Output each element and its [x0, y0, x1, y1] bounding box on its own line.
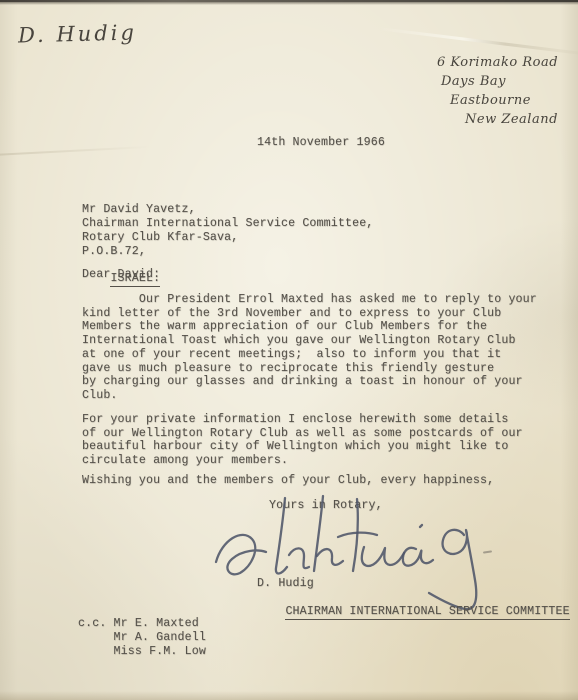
- letterhead-address-line: Days Bay: [441, 74, 558, 93]
- recipient-line: Rotary Club Kfar-Sava,: [82, 231, 373, 245]
- paper-top-edge-line: [0, 0, 578, 2]
- letterhead-address-line: Eastbourne: [450, 93, 558, 112]
- cc-line: Mr A. Gandell: [78, 631, 206, 645]
- signed-title: CHAIRMAN INTERNATIONAL SERVICE COMMITTEE: [257, 591, 570, 634]
- scanned-letter-page: D. Hudig 6 Korimako RoadDays BayEastbour…: [0, 0, 578, 700]
- body-paragraph-1: Our President Errol Maxted has asked me …: [82, 293, 537, 403]
- date-line: 14th November 1966: [257, 136, 385, 150]
- body-line: of our Wellington Rotary Club as well as…: [82, 427, 523, 441]
- recipient-lines: Mr David Yavetz,Chairman International S…: [82, 203, 373, 258]
- recipient-line: Mr David Yavetz,: [82, 203, 373, 217]
- cc-block: c.c. Mr E. Maxted Mr A. Gandell Miss F.M…: [78, 617, 206, 659]
- body-line: gave us much pleasure to reciprocate thi…: [82, 362, 537, 376]
- cc-line: Miss F.M. Low: [78, 645, 206, 659]
- body-line: circulate among your members.: [82, 454, 523, 468]
- body-line: International Toast which you gave our W…: [82, 334, 537, 348]
- body-line: kind letter of the 3rd November and to e…: [82, 307, 537, 321]
- letterhead-address-line: New Zealand: [465, 112, 558, 131]
- body-line: For your private information I enclose h…: [82, 413, 523, 427]
- recipient-line: P.O.B.72,: [82, 245, 373, 259]
- signed-title-text: CHAIRMAN INTERNATIONAL SERVICE COMMITTEE: [285, 605, 569, 621]
- body-line: by charging our glasses and drinking a t…: [82, 375, 537, 389]
- body-line: beautiful harbour city of Wellington whi…: [82, 440, 523, 454]
- body-line: Club.: [82, 389, 537, 403]
- body-line: at one of your recent meetings; also to …: [82, 348, 537, 362]
- letterhead-name: D. Hudig: [18, 20, 137, 47]
- paper-bottom-edge-shadow: [0, 691, 578, 700]
- letterhead-address: 6 Korimako RoadDays BayEastbourneNew Zea…: [437, 55, 558, 131]
- letterhead-address-line: 6 Korimako Road: [437, 55, 558, 74]
- signed-name: D. Hudig: [257, 577, 314, 591]
- cc-line: c.c. Mr E. Maxted: [78, 617, 206, 631]
- body-line: Our President Errol Maxted has asked me …: [82, 293, 537, 307]
- paper-crease-top-right: [379, 27, 578, 56]
- salutation: Dear David:: [82, 268, 160, 282]
- body-line: Members the warm appreciation of our Clu…: [82, 320, 537, 334]
- body-paragraph-2: For your private information I enclose h…: [82, 413, 523, 468]
- recipient-line: Chairman International Service Committee…: [82, 217, 373, 231]
- paper-crease-left: [0, 146, 150, 156]
- closing-line: Wishing you and the members of your Club…: [82, 474, 494, 488]
